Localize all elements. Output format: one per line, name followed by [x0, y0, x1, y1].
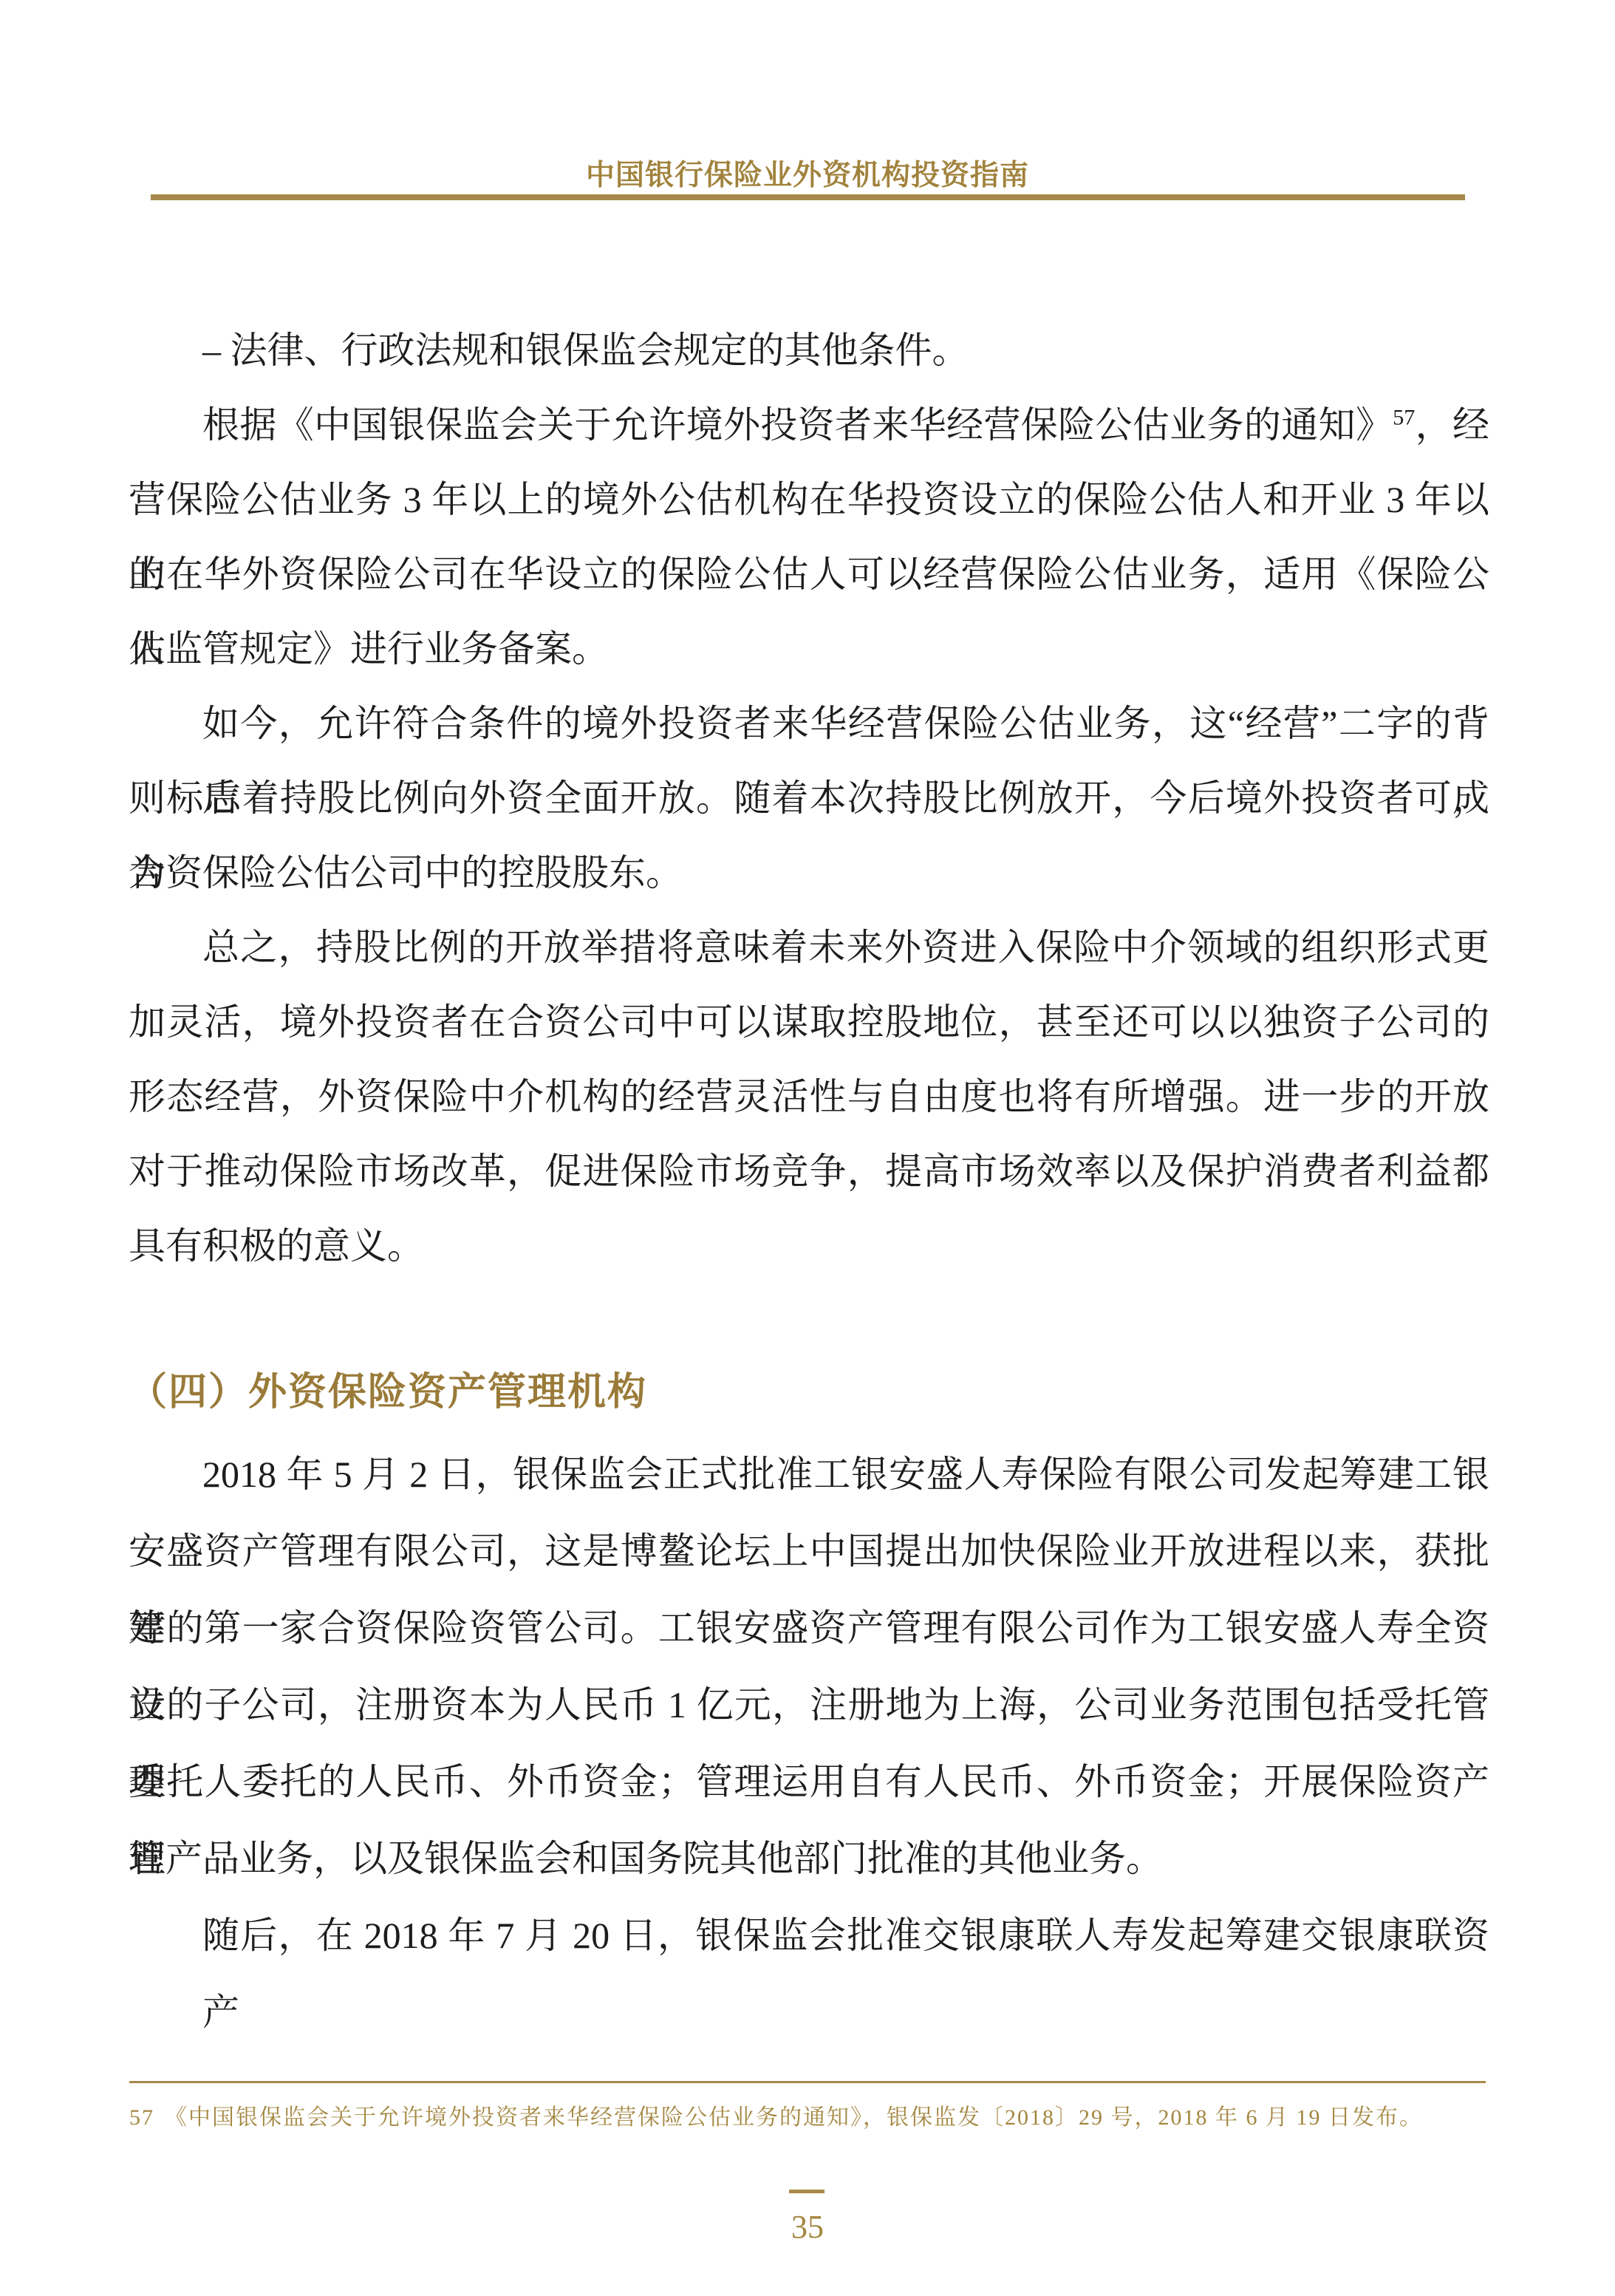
- body-line: 理产品业务，以及银保监会和国务院其他部门批准的其他业务。: [129, 1820, 1489, 1897]
- body-line: 2018 年 5 月 2 日，银保监会正式批准工银安盛人寿保险有限公司发起筹建工…: [129, 1436, 1489, 1513]
- body-text-section-2: 2018 年 5 月 2 日，银保监会正式批准工银安盛人寿保险有限公司发起筹建工…: [129, 1436, 1489, 1974]
- body-line: 根据《中国银保监会关于允许境外投资者来华经营保险公估业务的通知》57，经: [129, 388, 1489, 463]
- body-text-section-1: – 法律、行政法规和银保监会规定的其他条件。根据《中国银保监会关于允许境外投资者…: [129, 313, 1489, 1284]
- header-rule: [151, 194, 1465, 200]
- body-line-text: 根据《中国银保监会关于允许境外投资者来华经营保险公估业务的通知》: [202, 404, 1393, 446]
- section-heading: （四）外资保险资产管理机构: [129, 1360, 1489, 1416]
- body-line: 形态经营，外资保险中介机构的经营灵活性与自由度也将有所增强。进一步的开放: [129, 1060, 1489, 1134]
- footnote: 57《中国银保监会关于允许境外投资者来华经营保险公估业务的通知》，银保监发〔20…: [129, 2099, 1533, 2131]
- body-line: – 法律、行政法规和银保监会规定的其他条件。: [129, 313, 1489, 388]
- body-line-text: ，经: [1415, 404, 1489, 446]
- body-line: 合资保险公估公司中的控股股东。: [129, 836, 1489, 910]
- body-line: 具有积极的意义。: [129, 1209, 1489, 1284]
- body-line: 对于推动保险市场改革，促进保险市场竞争，提高市场效率以及保护消费者利益都: [129, 1134, 1489, 1209]
- body-line: 随后，在 2018 年 7 月 20 日，银保监会批准交银康联人寿发起筹建交银康…: [129, 1897, 1489, 1974]
- body-line: 营保险公估业务 3 年以上的境外公估机构在华投资设立的保险公估人和开业 3 年以…: [129, 463, 1489, 537]
- footer-rule: [789, 2190, 824, 2193]
- footnote-text: 《中国银保监会关于允许境外投资者来华经营保险公估业务的通知》，银保监发〔2018…: [165, 2105, 1423, 2130]
- footnote-rule: [129, 2081, 1486, 2083]
- page-header-title: 中国银行保险业外资机构投资指南: [0, 152, 1615, 194]
- footnote-reference: 57: [1393, 405, 1415, 429]
- body-line: 安盛资产管理有限公司，这是博鳌论坛上中国提出加快保险业开放进程以来，获批筹: [129, 1513, 1489, 1590]
- body-line: 如今，允许符合条件的境外投资者来华经营保险公估业务，这“经营”二字的背后，: [129, 687, 1489, 761]
- document-page: 中国银行保险业外资机构投资指南 – 法律、行政法规和银保监会规定的其他条件。根据…: [0, 0, 1615, 2296]
- body-line: 的在华外资保险公司在华设立的保险公估人可以经营保险公估业务，适用《保险公估: [129, 537, 1489, 612]
- footnote-number: 57: [129, 2105, 154, 2130]
- page-number: 35: [0, 2208, 1615, 2246]
- body-line: 立的子公司，注册资本为人民币 1 亿元，注册地为上海，公司业务范围包括受托管理: [129, 1666, 1489, 1743]
- body-line: 建的第一家合资保险资管公司。工银安盛资产管理有限公司作为工银安盛人寿全资设: [129, 1590, 1489, 1666]
- body-line: 则标志着持股比例向外资全面开放。随着本次持股比例放开，今后境外投资者可成为: [129, 761, 1489, 836]
- body-line: 加灵活，境外投资者在合资公司中可以谋取控股地位，甚至还可以以独资子公司的: [129, 985, 1489, 1060]
- body-line: 委托人委托的人民币、外币资金；管理运用自有人民币、外币资金；开展保险资产管: [129, 1743, 1489, 1820]
- body-line: 总之，持股比例的开放举措将意味着未来外资进入保险中介领域的组织形式更: [129, 910, 1489, 985]
- body-line: 人监管规定》进行业务备案。: [129, 612, 1489, 687]
